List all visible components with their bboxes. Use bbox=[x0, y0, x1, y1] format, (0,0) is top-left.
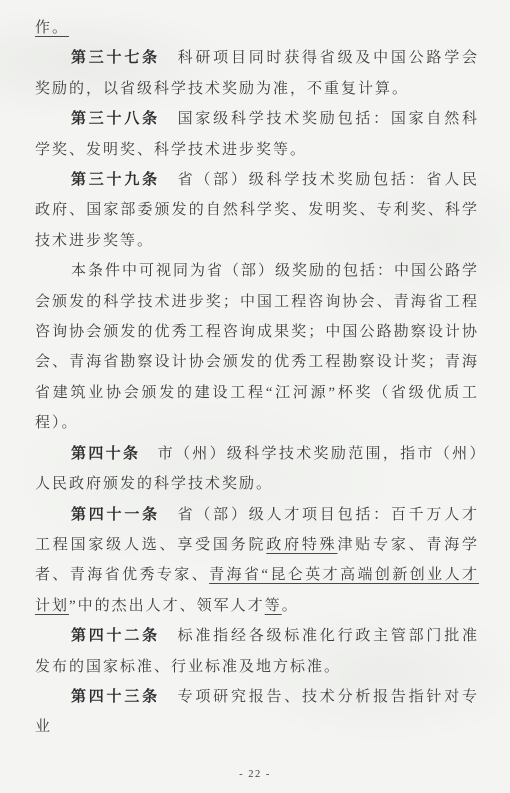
article-40: 第四十条 市（州）级科学技术奖励范围，指市（州）人民政府颁发的科学技术奖励。 bbox=[35, 439, 479, 500]
article-number: 第四十条 bbox=[71, 446, 140, 462]
underlined-text-run: 政府特殊 bbox=[266, 537, 337, 553]
underlined-text-run: 等 bbox=[265, 598, 282, 614]
article-41: 第四十一条 省（部）级人才项目包括：百千万人才工程国家级人选、享受国务院政府特殊… bbox=[35, 500, 479, 622]
article-39-supplement: 本条件中可视同为省（部）级奖励的包括：中国公路学会颁发的科学技术进步奖；中国工程… bbox=[35, 256, 479, 438]
underlined-text-run: 作。 bbox=[35, 20, 69, 36]
text-run: 本条件中可视同为省（部）级奖励的包括：中国公路学会颁发的科学技术进步奖；中国工程… bbox=[35, 263, 479, 431]
article-43: 第四十三条 专项研究报告、技术分析报告指针对专业 bbox=[35, 682, 479, 743]
text-run: 。 bbox=[282, 598, 299, 614]
article-37: 第三十七条 科研项目同时获得省级及中国公路学会奖励的，以省级科学技术奖励为准，不… bbox=[35, 43, 479, 104]
article-38: 第三十八条 国家级科学技术奖励包括：国家自然科学奖、发明奖、科学技术进步奖等。 bbox=[35, 104, 479, 165]
article-42: 第四十二条 标准指经各级标准化行政主管部门批准发布的国家标准、行业标准及地方标准… bbox=[35, 621, 479, 682]
document-page: 作。第三十七条 科研项目同时获得省级及中国公路学会奖励的，以省级科学技术奖励为准… bbox=[0, 0, 510, 793]
article-number: 第三十七条 bbox=[71, 50, 160, 66]
article-39: 第三十九条 省（部）级科学技术奖励包括：省人民政府、国家部委颁发的自然科学奖、发… bbox=[35, 165, 479, 256]
page-number: - 22 - bbox=[0, 769, 510, 780]
article-number: 第四十三条 bbox=[71, 689, 160, 705]
article-number: 第四十一条 bbox=[71, 507, 160, 523]
article-number: 第三十八条 bbox=[71, 111, 160, 127]
document-body: 作。第三十七条 科研项目同时获得省级及中国公路学会奖励的，以省级科学技术奖励为准… bbox=[35, 13, 479, 743]
text-run: ”中的杰出人才、领军人才 bbox=[69, 598, 265, 614]
article-number: 第三十九条 bbox=[71, 172, 160, 188]
article-number: 第四十二条 bbox=[71, 628, 160, 644]
continuation-line: 作。 bbox=[35, 13, 479, 43]
